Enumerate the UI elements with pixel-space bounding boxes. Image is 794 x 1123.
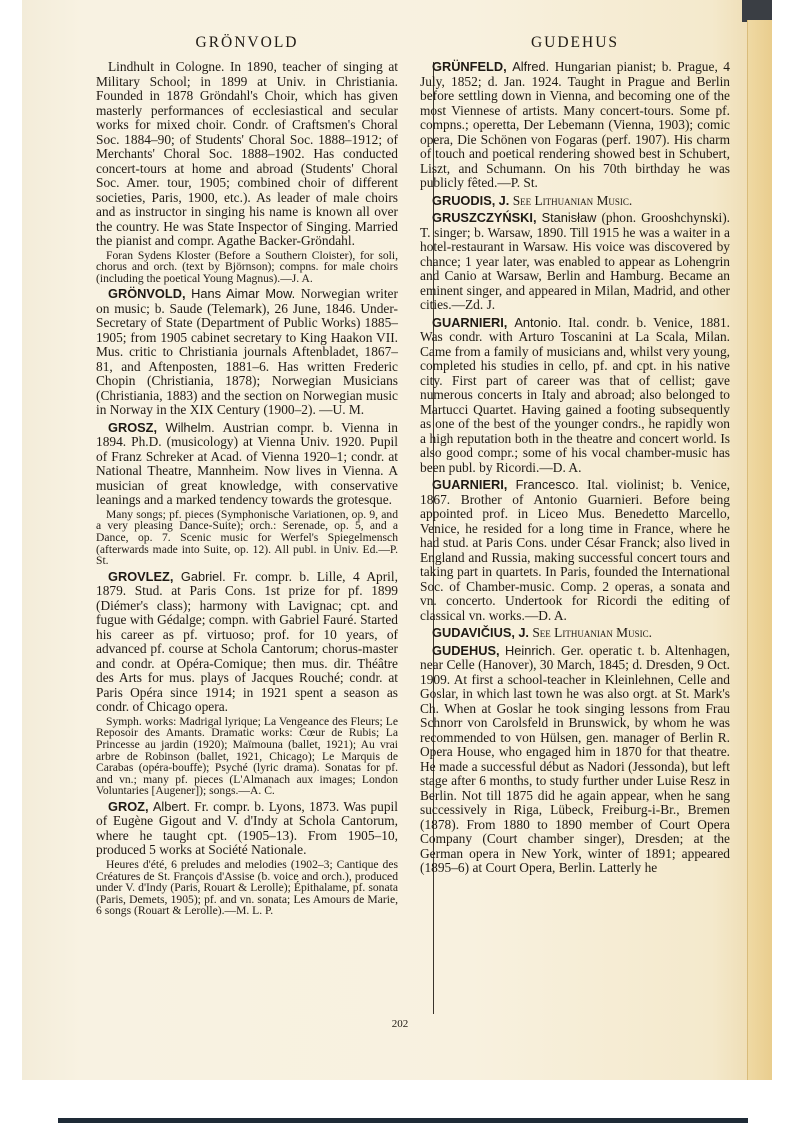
entry-headword: GROSZ, xyxy=(108,420,157,435)
cross-reference-link[interactable]: See Lithuanian Music. xyxy=(532,625,652,640)
entry-headword: GRÜNFELD, xyxy=(432,59,507,74)
entry-headword: GUARNIERI, xyxy=(432,315,507,330)
entry-text: Hungarian pianist; b. Prague, 4 July, 18… xyxy=(420,59,730,190)
entry-gruodis: GRUODIS, J. See Lithuanian Music. xyxy=(420,194,730,209)
entry-gruszczynski: GRUSZCZYŃSKI, Stanisław (phon. Grooshchy… xyxy=(420,211,730,313)
entry-grovlez: GROVLEZ, Gabriel. Fr. compr. b. Lille, 4… xyxy=(96,570,398,797)
entry-headword: GRUODIS, xyxy=(432,193,495,208)
entry-works: Many songs; pf. pieces (Symphonische Var… xyxy=(96,509,398,567)
entry-headword: GUARNIERI, xyxy=(432,477,507,492)
entry-text: Ital. violinist; b. Venice, 1867. Brothe… xyxy=(420,477,730,623)
background-band xyxy=(58,1118,748,1123)
right-column: GUDEHUS GRÜNFELD, Alfred. Hungarian pian… xyxy=(420,34,730,879)
entry-text: Norwegian writer on music; b. Saude (Tel… xyxy=(96,286,398,417)
entry-body: GRÜNFELD, Alfred. Hungarian pianist; b. … xyxy=(420,60,730,191)
entry-name: J. xyxy=(499,193,510,208)
running-head-left: GRÖNVOLD xyxy=(96,34,398,52)
entry-headword: GROVLEZ, xyxy=(108,569,173,584)
background-corner xyxy=(742,0,772,22)
entry-name: Heinrich. xyxy=(505,643,556,658)
cross-reference-link[interactable]: See Lithuanian Music. xyxy=(513,193,633,208)
entry-body: GROZ, Albert. Fr. compr. b. Lyons, 1873.… xyxy=(96,800,398,858)
entry-name: Alfred. xyxy=(512,59,549,74)
entry-guarnieri-francesco: GUARNIERI, Francesco. Ital. violinist; b… xyxy=(420,478,730,623)
entry-works: Heures d'été, 6 preludes and melodies (1… xyxy=(96,859,398,917)
entry-grunfeld: GRÜNFELD, Alfred. Hungarian pianist; b. … xyxy=(420,60,730,191)
left-column: GRÖNVOLD Lindhult in Cologne. In 1890, t… xyxy=(96,34,398,920)
entry-groz: GROZ, Albert. Fr. compr. b. Lyons, 1873.… xyxy=(96,800,398,917)
entry-gronvold: GRÖNVOLD, Hans Aimar Mow. Norwegian writ… xyxy=(96,287,398,418)
entry-headword: GROZ, xyxy=(108,799,149,814)
entry-body: GUARNIERI, Francesco. Ital. violinist; b… xyxy=(420,478,730,623)
entry-headword: GRUSZCZYŃSKI, xyxy=(432,210,537,225)
entry-works: Foran Sydens Kloster (Before a Southern … xyxy=(96,250,398,285)
entry-text: Ger. operatic t. b. Altenhagen, near Cel… xyxy=(420,643,730,876)
entry-name: Gabriel. xyxy=(181,569,226,584)
entry-body: GRÖNVOLD, Hans Aimar Mow. Norwegian writ… xyxy=(96,287,398,418)
page-edge xyxy=(747,20,772,1080)
entry-continuation: Lindhult in Cologne. In 1890, teacher of… xyxy=(96,60,398,284)
entry-name: Francesco. xyxy=(516,477,579,492)
entry-headword: GRÖNVOLD, xyxy=(108,286,186,301)
entry-body: GUARNIERI, Antonio. Ital. condr. b. Veni… xyxy=(420,316,730,476)
entry-body: GRUSZCZYŃSKI, Stanisław (phon. Grooshchy… xyxy=(420,211,730,313)
entry-body: GROVLEZ, Gabriel. Fr. compr. b. Lille, 4… xyxy=(96,570,398,715)
entry-name: Hans Aimar Mow. xyxy=(191,286,295,301)
entry-body: GUDEHUS, Heinrich. Ger. operatic t. b. A… xyxy=(420,644,730,876)
entry-works: Symph. works: Madrigal lyrique; La Venge… xyxy=(96,716,398,797)
entry-headword: GUDEHUS, xyxy=(432,643,500,658)
entry-text: Lindhult in Cologne. In 1890, teacher of… xyxy=(96,60,398,249)
entry-name: Wilhelm. xyxy=(166,420,215,435)
entry-name: Antonio. xyxy=(514,315,561,330)
entry-text: Fr. compr. b. Lille, 4 April, 1879. Stud… xyxy=(96,569,398,715)
entry-grosz: GROSZ, Wilhelm. Austrian compr. b. Vienn… xyxy=(96,421,398,567)
entry-body: GRUODIS, J. See Lithuanian Music. xyxy=(420,194,730,209)
entry-gudavicius: GUDAVIČIUS, J. See Lithuanian Music. xyxy=(420,626,730,641)
entry-gudehus: GUDEHUS, Heinrich. Ger. operatic t. b. A… xyxy=(420,644,730,876)
entry-text: (phon. Grooshchynski). T. singer; b. War… xyxy=(420,210,730,312)
entry-headword: GUDAVIČIUS, xyxy=(432,625,515,640)
running-head-right: GUDEHUS xyxy=(420,34,730,52)
entry-name: J. xyxy=(518,625,529,640)
entry-text: Ital. condr. b. Venice, 1881. Was condr.… xyxy=(420,315,730,475)
entry-body: GROSZ, Wilhelm. Austrian compr. b. Vienn… xyxy=(96,421,398,508)
page-number: 202 xyxy=(385,1018,415,1030)
entry-guarnieri-antonio: GUARNIERI, Antonio. Ital. condr. b. Veni… xyxy=(420,316,730,476)
entry-name: Stanisław xyxy=(542,210,597,225)
entry-body: GUDAVIČIUS, J. See Lithuanian Music. xyxy=(420,626,730,641)
entry-name: Albert. xyxy=(153,799,190,814)
